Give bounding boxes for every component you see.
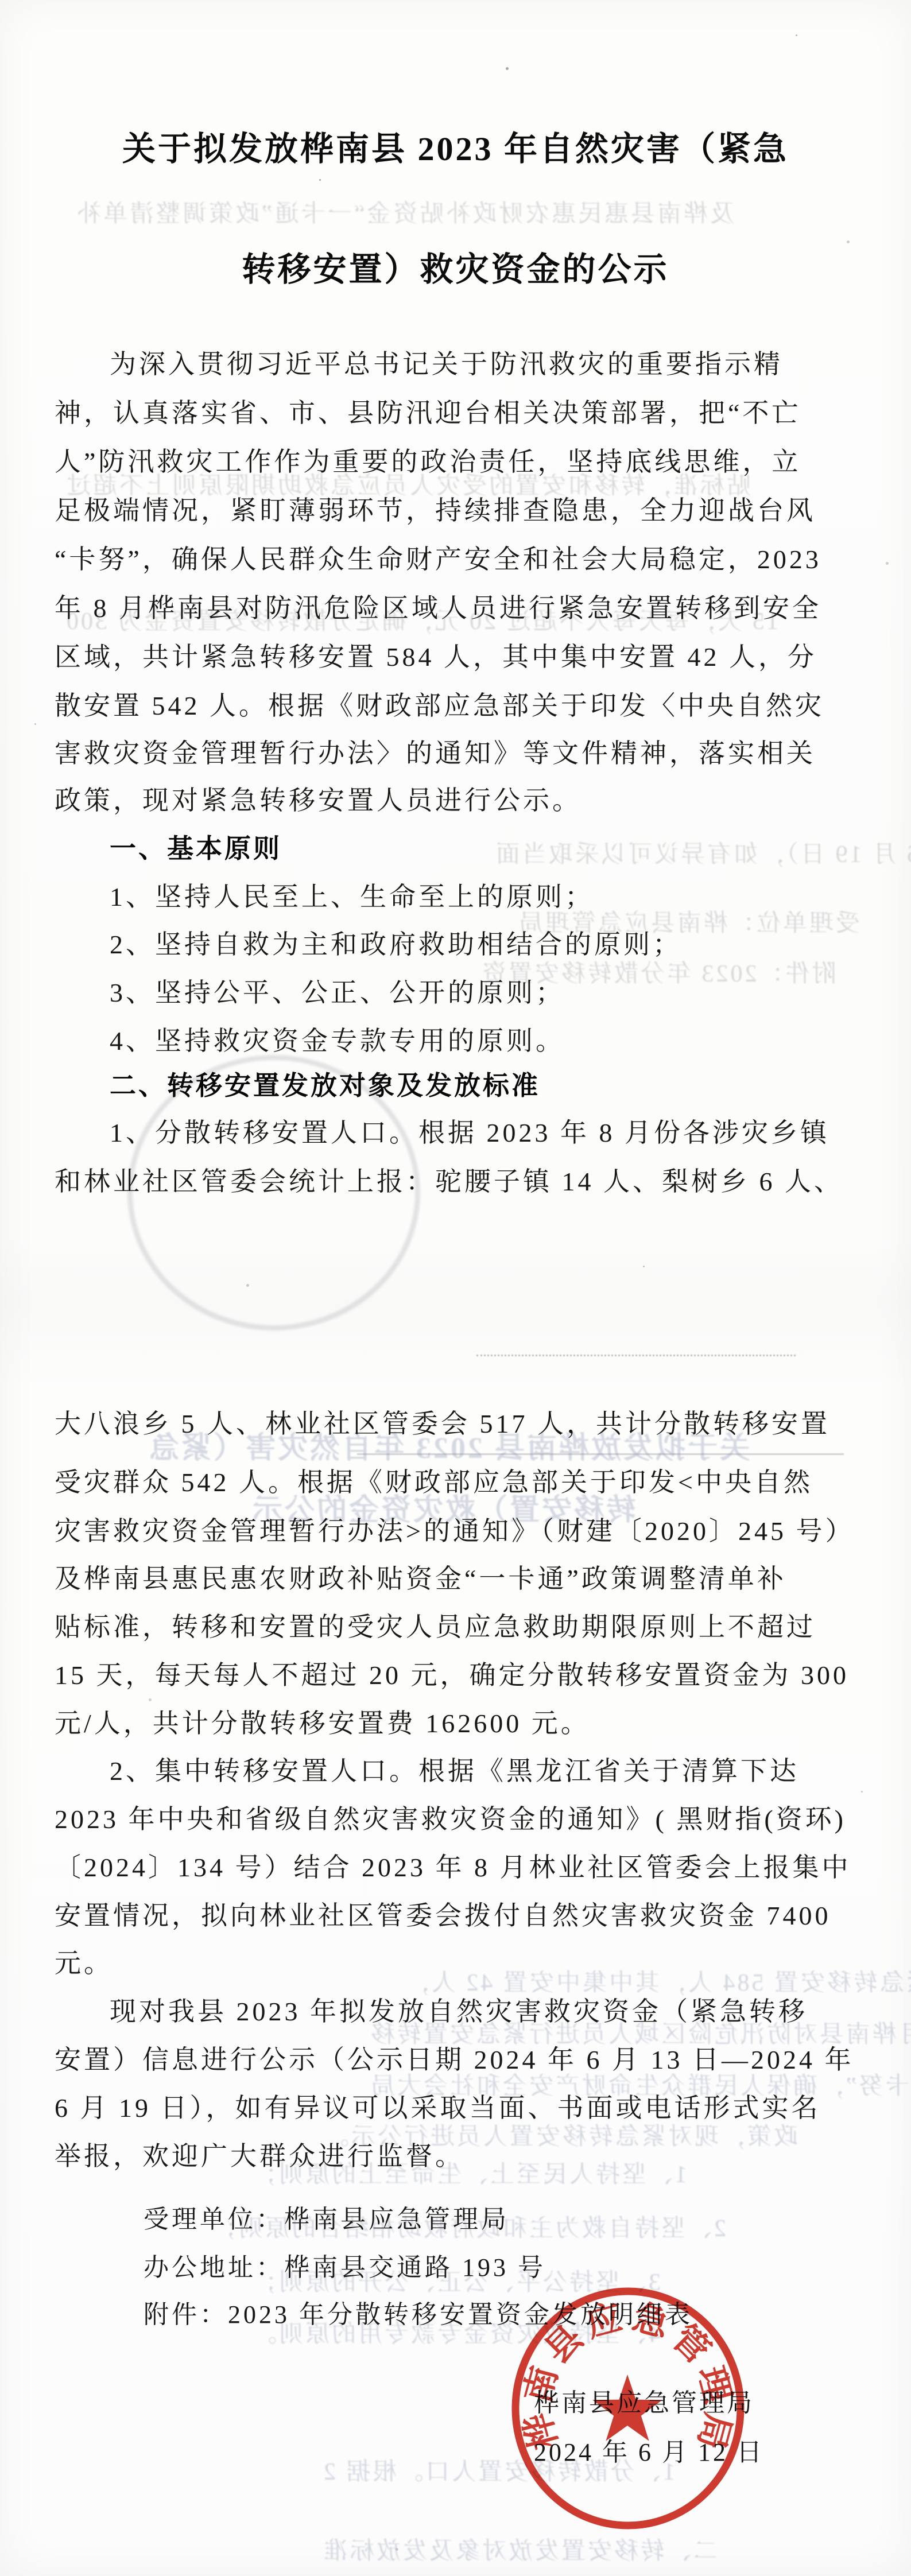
list-item: 4、坚持救灾资金专款专用的原则。: [55, 1028, 841, 1054]
body-line: 15 天，每天每人不超过 20 元，确定分散转移安置资金为 300: [55, 1662, 841, 1689]
notice-title-line-1: 关于拟发放桦南县 2023 年自然灾害（紧急: [0, 131, 911, 168]
bleedthrough-line: 年 8 月桦南县对防汛危险区域人员进行紧急安置转移: [369, 2023, 911, 2047]
body-line: 神，认真落实省、市、县防汛迎台相关决策部署，把“不亡: [55, 400, 841, 426]
section-heading-basic-principles: 一、基本原则: [55, 835, 841, 862]
body-line: 安置）信息进行公示（公示日期 2024 年 6 月 13 日—2024 年: [55, 2047, 841, 2073]
footer-office-address: 办公地址：桦南县交通路 193 号: [144, 2255, 911, 2280]
body-line: 害救灾资金管理暂行办法〉的通知》等文件精神，落实相关: [55, 740, 841, 767]
body-line: 贴标准，转移和安置的受灾人员应急救助期限原则上不超过: [55, 1614, 841, 1640]
notice-title-line-2: 转移安置）救灾资金的公示: [0, 251, 911, 288]
list-item: 3、坚持公平、公正、公开的原则；: [55, 980, 841, 1006]
body-line: 足极端情况，紧盯薄弱环节，持续排查隐患，全力迎战台风: [55, 498, 841, 524]
scan-speck-noise: [319, 179, 321, 181]
body-line: 6 月 19 日），如有异议可以采取当面、书面或电话形式实名: [55, 2095, 841, 2121]
body-line: 安置情况，拟向林业社区管委会拨付自然灾害救灾资金 7400: [55, 1903, 841, 1929]
body-line: 现对我县 2023 年拟发放自然灾害救灾资金（紧急转移: [55, 1999, 841, 2025]
seal-char: 应: [582, 2298, 626, 2345]
body-line: 政策，现对紧急转移安置人员进行公示。: [55, 787, 841, 814]
body-line: 2023 年中央和省级自然灾害救灾资金的通知》( 黑财指(资环): [55, 1806, 841, 1833]
body-line: 2、集中转移安置人口。根据《黑龙江省关于清算下达: [55, 1758, 841, 1784]
body-line: 年 8 月桦南县对防汛危险区域人员进行紧急安置转移到安全: [55, 595, 841, 622]
page-gap-dotted-streak: [476, 1355, 796, 1356]
body-line: 受灾群众 542 人。根据《财政部应急部关于印发<中央自然: [55, 1469, 841, 1496]
body-line: 散安置 542 人。根据《财政部应急部关于印发〈中央自然灾: [55, 693, 841, 719]
seal-char: 局: [691, 2409, 738, 2454]
list-item: 2、坚持自救为主和政府救助相结合的原则；: [55, 932, 841, 958]
seal-char: 急: [629, 2298, 674, 2345]
body-line: 灾害救灾资金管理暂行办法>的通知》（财建〔2020〕245 号）: [55, 1518, 841, 1545]
seal-star: [592, 2375, 662, 2441]
body-line: 及桦南县惠民惠农财政补贴资金“一卡通”政策调整清单补: [55, 1566, 841, 1592]
seal-char: 理: [691, 2362, 738, 2407]
section-heading-distribution-standard: 二、转移安置发放对象及发放标准: [55, 1072, 841, 1099]
body-line: 举报，欢迎广大群众进行监督。: [55, 2143, 841, 2170]
body-line: “卡努”，确保人民群众生命财产安全和社会大局稳定，2023: [55, 546, 841, 573]
body-line: 1、分散转移安置人口。根据 2023 年 8 月份各涉灾乡镇: [55, 1120, 841, 1146]
body-line: 大八浪乡 5 人、林业社区管委会 517 人，共计分散转移安置: [55, 1411, 841, 1437]
footer-accepting-unit: 受理单位：桦南县应急管理局: [144, 2207, 911, 2232]
body-line: 和林业社区管委会统计上报：驼腰子镇 14 人、梨树乡 6 人、: [55, 1169, 841, 1195]
list-item: 1、坚持人民至上、生命至上的原则；: [55, 884, 841, 910]
body-line: 〔2024〕134 号）结合 2023 年 8 月林业社区管委会上报集中: [55, 1855, 841, 1881]
body-line: 元。: [55, 1950, 841, 1977]
bleedthrough-line: 贴标准，转移和安置的受灾人员应急救助期限原则上不超过: [64, 474, 751, 498]
body-line: 区域，共计紧急转移安置 584 人，其中集中安置 42 人，分: [55, 644, 841, 670]
bleedthrough-line: 及桦南县惠民惠农财政补贴资金“一卡通”政策调整清单补: [75, 202, 734, 226]
bleedthrough-line: 二、转移安置发放对象及发放标准: [321, 2539, 718, 2563]
body-line: 元/人，共计分散转移安置费 162600 元。: [55, 1710, 841, 1737]
official-seal: 桦 南 县 应 急 管 理 局: [507, 2286, 750, 2534]
body-line: 为深入贯彻习近平总书记关于防汛救灾的重要指示精: [55, 351, 841, 378]
body-line: 人”防汛救灾工作作为重要的政治责任，坚持底线思维，立: [55, 449, 841, 475]
scanned-notice-document: 及桦南县惠民惠农财政补贴资金“一卡通”政策调整清单补 贴标准，转移和安置的受灾人…: [0, 0, 911, 2576]
